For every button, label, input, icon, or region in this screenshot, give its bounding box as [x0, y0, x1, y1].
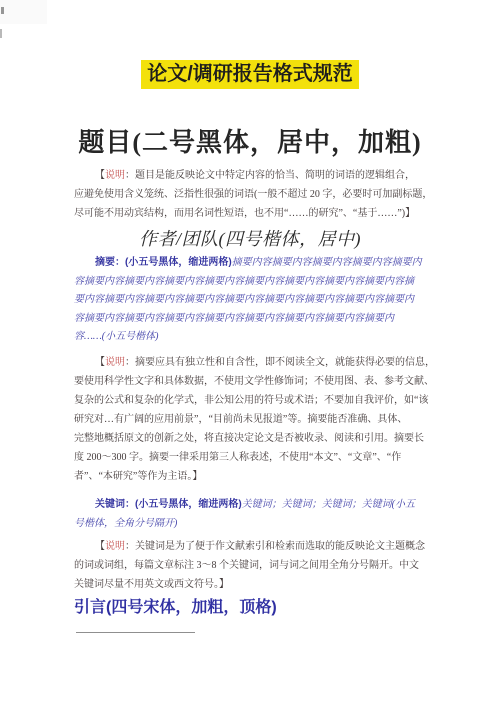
abstract-body-lines: 容摘要内容摘要内容摘要内容摘要内容摘要内容摘要内容摘要内容摘要内容摘 要内容摘要…	[74, 273, 426, 347]
abstract-label: 摘要：	[95, 257, 125, 268]
abstract-explanation-note: 【说明：摘要应具有独立性和自含性，即不阅读全文，就能获得必要的信息， 要使用科学…	[74, 353, 426, 486]
abstract-format-note: (小五号黑体，缩进两格)	[125, 257, 232, 268]
main-title-row: 论文/调研报告格式规范	[74, 60, 426, 89]
note-label: 说明	[105, 541, 125, 552]
abstract-paragraph: 摘要：(小五号黑体，缩进两格)摘要内容摘要内容摘要内容摘要内容摘要内 容摘要内容…	[74, 254, 426, 347]
intro-heading: 引言(四号宋体，加粗，顶格)	[74, 597, 426, 619]
note-label: 说明	[105, 357, 125, 368]
abstract-first-line: 摘要：(小五号黑体，缩进两格)摘要内容摘要内容摘要内容摘要内容摘要内	[74, 254, 426, 273]
note-first-text: ：关键词是为了便于作文献索引和检索而选取的能反映论文主题概念	[125, 541, 425, 552]
note-first-line: 【说明：题目是能反映论文中特定内容的恰当、简明的词语的逻辑组合，	[74, 166, 426, 185]
keywords-format-note: (小五号黑体，缩进两格)	[135, 499, 242, 510]
note-open-bracket: 【	[95, 541, 105, 552]
note-body-lines: 要使用科学性文字和具体数据，不使用文学性修饰词；不使用图、表、参考文献、 复杂的…	[74, 372, 426, 486]
author-heading: 作者/团队(四号楷体，居中)	[74, 227, 426, 251]
footnote-divider	[76, 632, 195, 633]
keywords-first-line: 关键词：(小五号黑体，缩进两格)关键词；关键词；关键词；关键词(小五	[74, 495, 426, 514]
note-label: 说明	[105, 170, 125, 181]
scan-speck	[0, 29, 2, 38]
keywords-explanation-note: 【说明：关键词是为了便于作文献索引和检索而选取的能反映论文主题概念 的词或词组，…	[74, 537, 426, 594]
note-first-text: ：题目是能反映论文中特定内容的恰当、简明的词语的逻辑组合，	[125, 170, 415, 181]
scan-artifact	[0, 0, 47, 24]
note-body-lines: 的词或词组，每篇文章标注 3～8 个关键词，词与词之间用全角分号隔开。中文 关键…	[74, 556, 426, 594]
title-explanation-note: 【说明：题目是能反映论文中特定内容的恰当、简明的词语的逻辑组合， 应避免使用含义…	[74, 166, 426, 223]
scan-speck	[1, 7, 4, 14]
highlighted-main-title: 论文/调研报告格式规范	[141, 60, 359, 89]
note-first-line: 【说明：摘要应具有独立性和自含性，即不阅读全文，就能获得必要的信息，	[74, 353, 426, 372]
doc-title-heading: 题目(二号黑体，居中，加粗)	[74, 127, 426, 158]
note-open-bracket: 【	[95, 170, 105, 181]
page-content: 论文/调研报告格式规范 题目(二号黑体，居中，加粗) 【说明：题目是能反映论文中…	[74, 0, 426, 633]
abstract-first-text: 摘要内容摘要内容摘要内容摘要内容摘要内	[232, 257, 422, 268]
note-open-bracket: 【	[95, 357, 105, 368]
note-first-text: ：摘要应具有独立性和自含性，即不阅读全文，就能获得必要的信息，	[125, 357, 435, 368]
keywords-paragraph: 关键词：(小五号黑体，缩进两格)关键词；关键词；关键词；关键词(小五 号楷体，全…	[74, 495, 426, 533]
keywords-first-text: 关键词；关键词；关键词；关键词(小五	[242, 499, 415, 510]
document-page: 论文/调研报告格式规范 题目(二号黑体，居中，加粗) 【说明：题目是能反映论文中…	[0, 0, 500, 633]
keywords-label: 关键词：	[95, 499, 135, 510]
note-first-line: 【说明：关键词是为了便于作文献索引和检索而选取的能反映论文主题概念	[74, 537, 426, 556]
note-body-lines: 应避免使用含义笼统、泛指性很强的词语(一般不超过 20 字，必要时可加副标题， …	[74, 185, 426, 223]
keywords-body-lines: 号楷体，全角分号隔开)	[74, 514, 426, 533]
